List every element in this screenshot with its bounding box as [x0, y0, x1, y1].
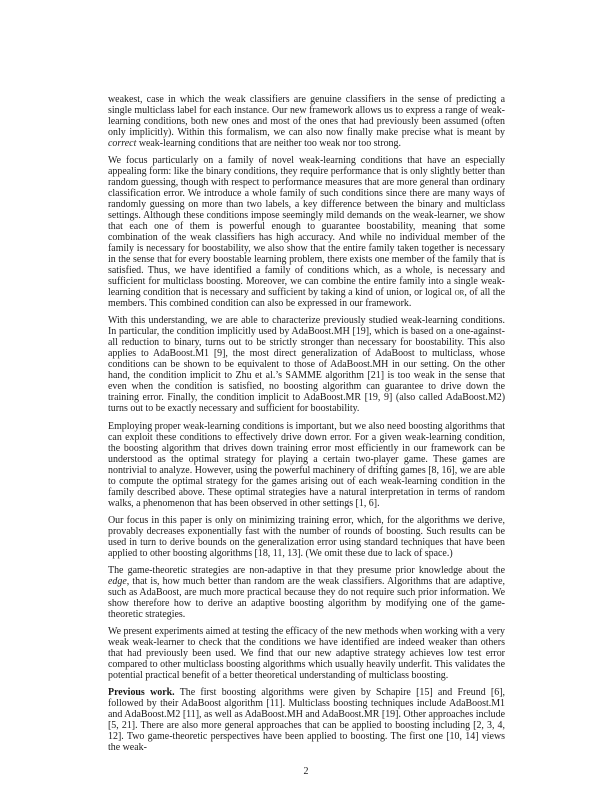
smallcaps-or: or: [455, 287, 465, 298]
text-segment: weak-learning conditions that are neithe…: [136, 138, 401, 149]
text-segment: , that is, how much better than random a…: [108, 576, 505, 620]
text-segment: The game-theoretic strategies are non-ad…: [108, 565, 505, 576]
paragraph-previous-work: Previous work. The first boosting algori…: [108, 687, 505, 753]
run-in-heading-previous-work: Previous work.: [108, 687, 175, 698]
paragraph-boosting-algorithms: Employing proper weak-learning condition…: [108, 421, 505, 509]
text-segment: weakest, case in which the weak classifi…: [108, 94, 505, 138]
paper-body: weakest, case in which the weak classifi…: [108, 94, 505, 753]
text-segment: We focus particularly on a family of nov…: [108, 155, 505, 298]
text-segment: We present experiments aimed at testing …: [108, 626, 505, 681]
emphasis-edge: edge: [108, 576, 127, 587]
paragraph-adaptive-strategies: The game-theoretic strategies are non-ad…: [108, 565, 505, 620]
paragraph-weak-learning-framework: weakest, case in which the weak classifi…: [108, 94, 505, 149]
paragraph-experiments: We present experiments aimed at testing …: [108, 626, 505, 681]
paragraph-family-of-conditions: We focus particularly on a family of nov…: [108, 155, 505, 309]
paragraph-training-error: Our focus in this paper is only on minim…: [108, 515, 505, 559]
text-segment: Our focus in this paper is only on minim…: [108, 515, 505, 559]
paragraph-characterize-conditions: With this understanding, we are able to …: [108, 315, 505, 414]
emphasis-correct: correct: [108, 138, 136, 149]
page-number: 2: [0, 766, 612, 777]
text-segment: Employing proper weak-learning condition…: [108, 421, 505, 509]
text-segment: With this understanding, we are able to …: [108, 315, 505, 414]
